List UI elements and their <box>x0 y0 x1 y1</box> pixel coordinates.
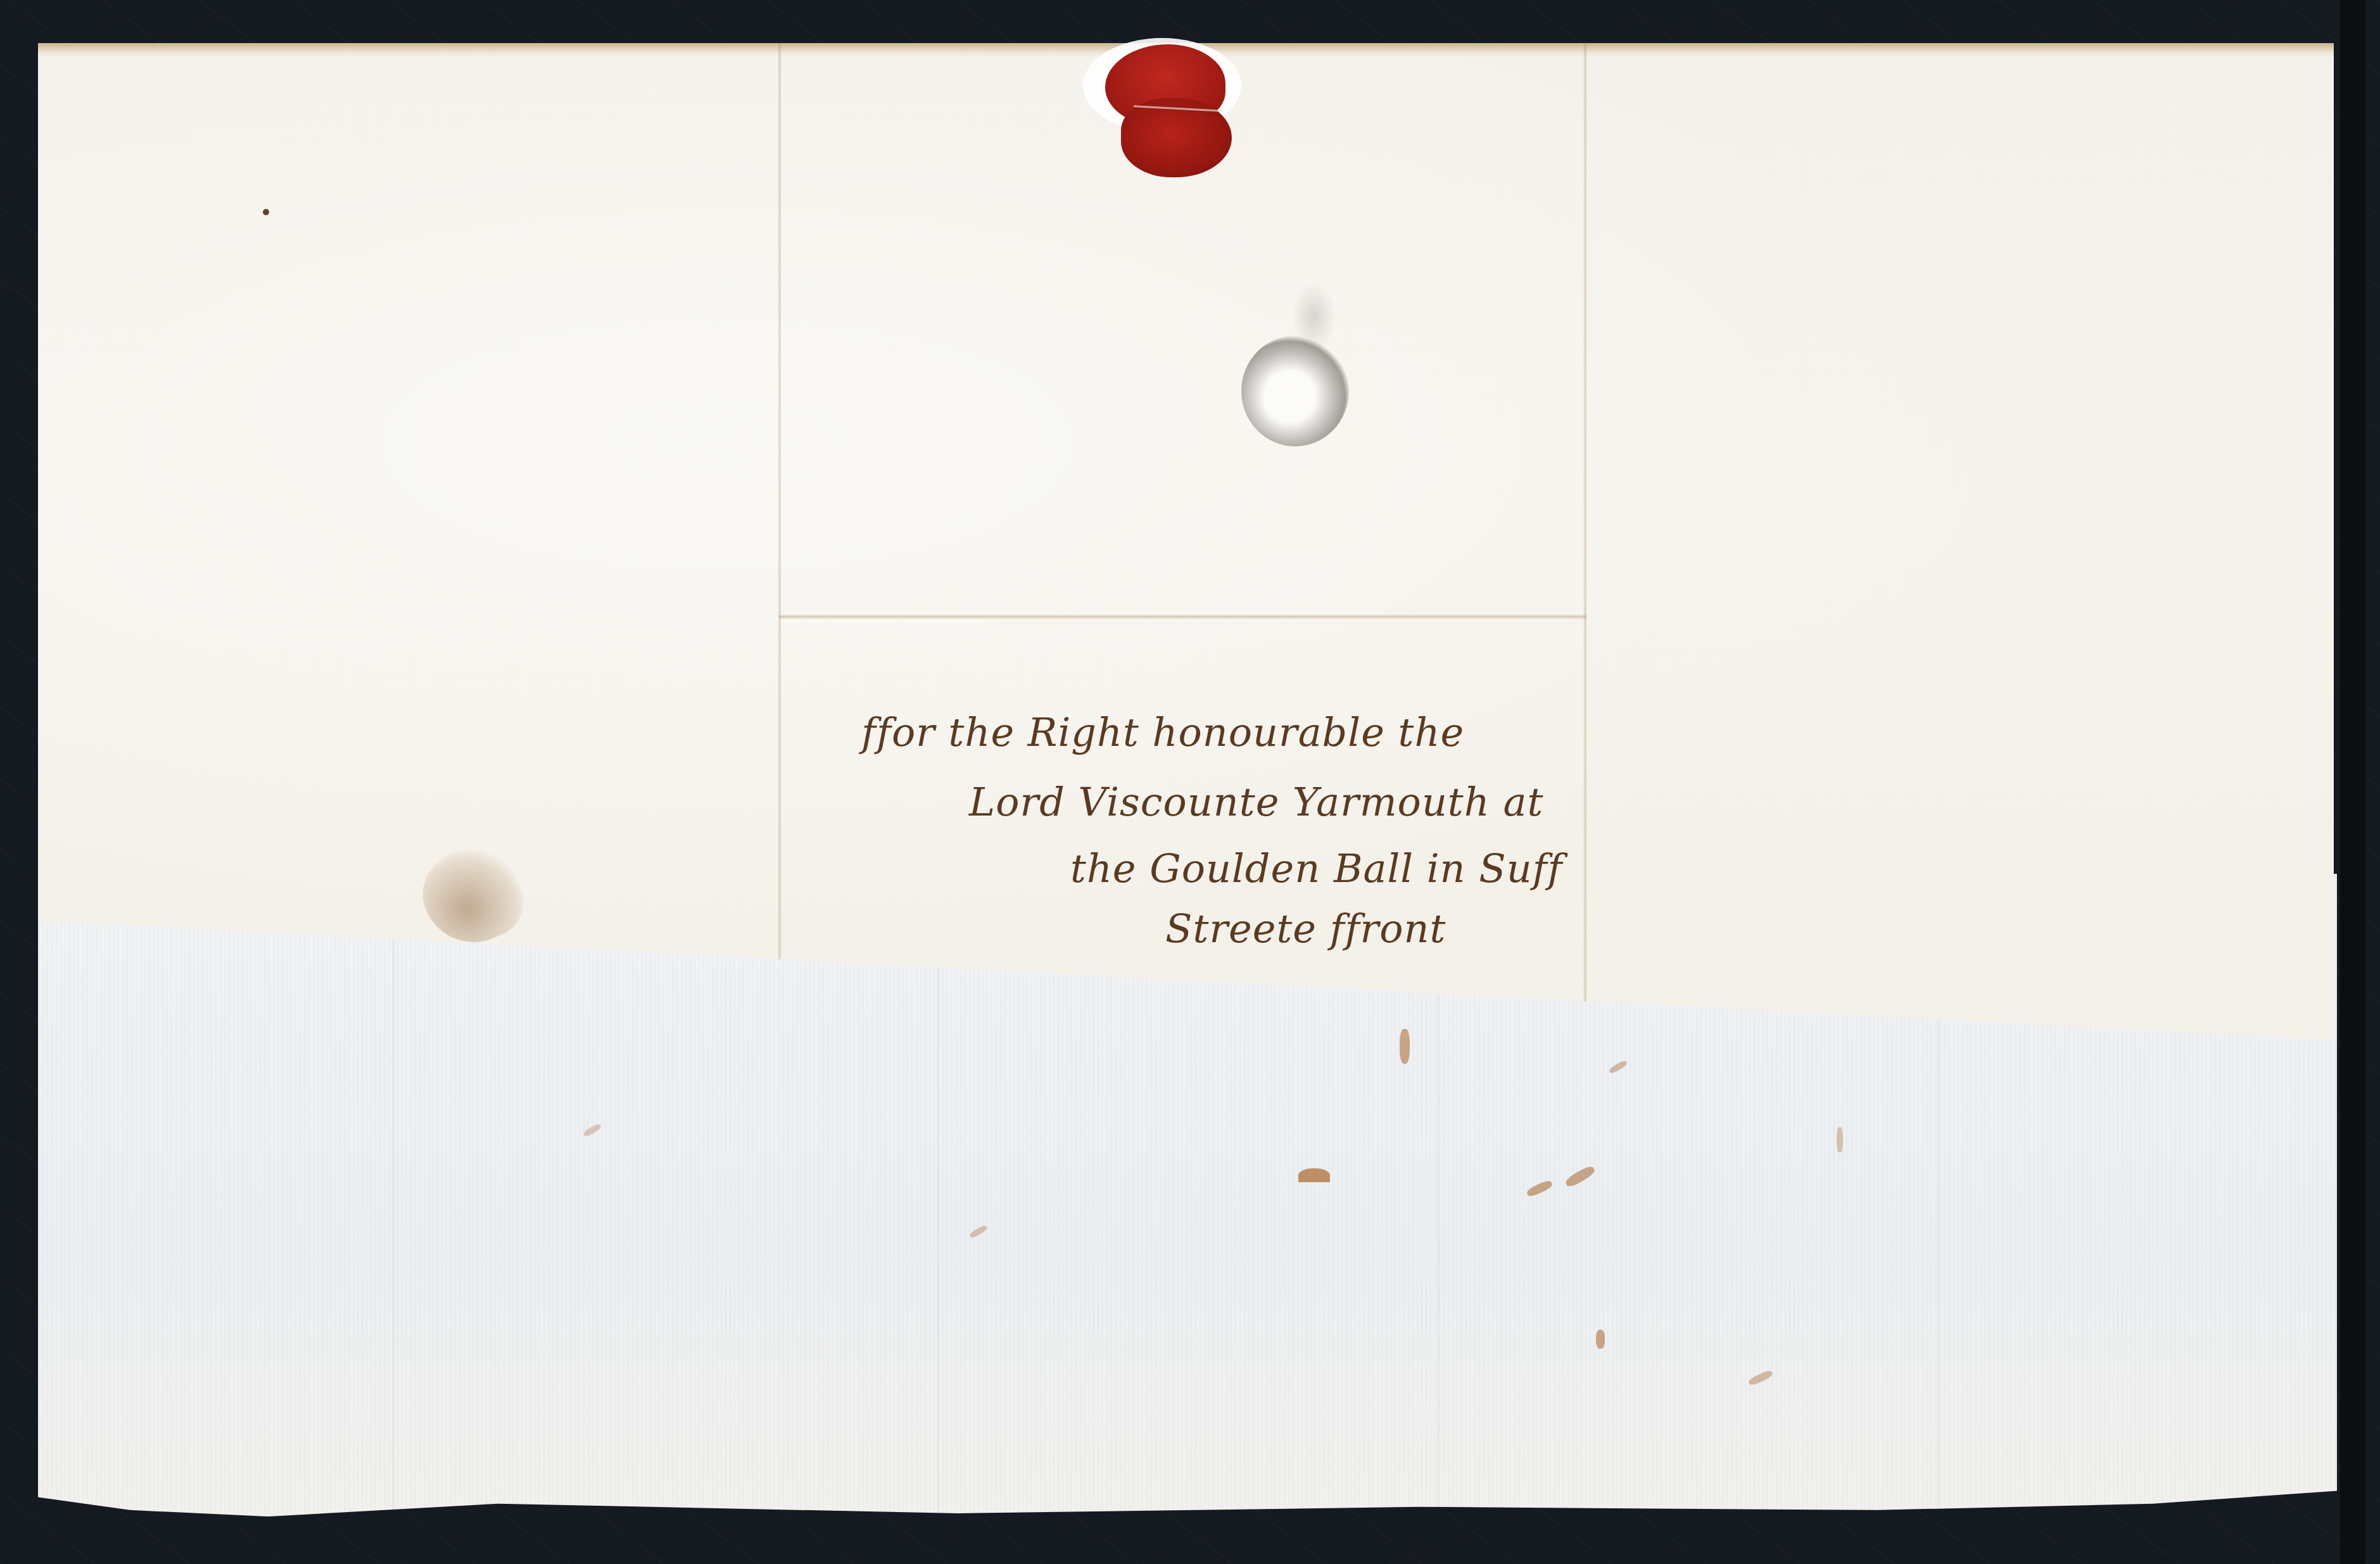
foxing-speck <box>263 209 269 215</box>
ink-bleed-through <box>1596 1330 1605 1349</box>
ink-bleed-through <box>1837 1127 1843 1152</box>
ink-bleed-through <box>969 1224 989 1239</box>
fold-line-right <box>1583 43 1587 1040</box>
fold-line-left <box>778 43 782 1040</box>
ink-bleed-through <box>1400 1029 1410 1064</box>
address-line-4: Streete ffront <box>1165 905 1446 952</box>
address-line-1: ffor the Right honourable the <box>861 709 1464 755</box>
fold-line-horizontal <box>779 614 1586 619</box>
chain-line <box>393 874 394 1517</box>
address-line-3: the Goulden Ball in Suff <box>1070 845 1563 892</box>
address-line-2: Lord Viscounte Yarmouth at <box>969 779 1543 825</box>
ink-bleed-through <box>583 1123 602 1138</box>
ink-bleed-through <box>1609 1059 1628 1075</box>
ink-bleed-through <box>1298 1168 1330 1182</box>
ink-bleed-through <box>1747 1369 1773 1387</box>
chain-line <box>937 874 939 1517</box>
ink-bleed-through <box>1526 1179 1554 1198</box>
seal-impression <box>1241 336 1349 446</box>
mount-edge <box>2340 0 2365 1564</box>
wax-seal-icon <box>1089 35 1235 180</box>
ink-bleed-through <box>1564 1164 1596 1189</box>
